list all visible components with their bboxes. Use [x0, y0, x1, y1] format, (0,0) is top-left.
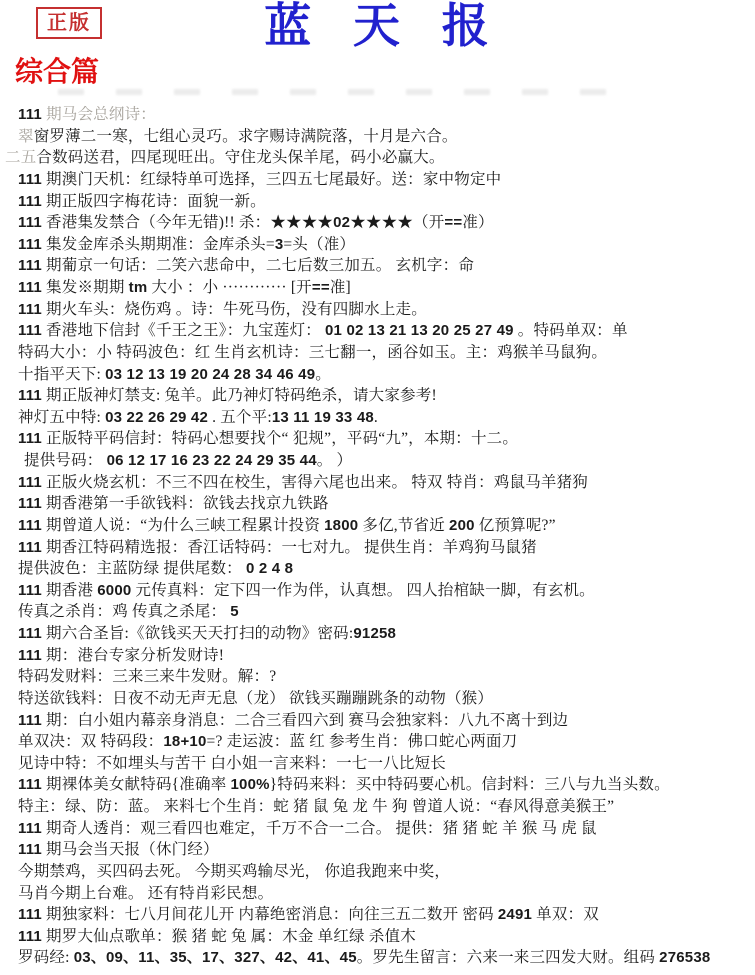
report-line: 111 期奇人透肖：观三看四也难定，千万不合一二合。 提供：猪 猪 蛇 羊 猴 … — [18, 818, 753, 840]
report-line: 马肖今期上台难。 还有特肖彩民想。 — [18, 883, 753, 905]
report-line: 111 香港集发禁合（今年无错)!! 杀：★★★★02★★★★（开==准） — [18, 212, 753, 234]
erased-text-artifact — [58, 89, 618, 95]
report-line: 111 期裸体美女献特码{准确率 100%}特码来料：买中特码要心机。信封料：三… — [18, 774, 753, 796]
report-line: 十指平天下: 03 12 13 19 20 24 28 34 46 49。 — [18, 364, 753, 386]
report-line: 111 期：白小姐内幕亲身消息：二合三看四六到 赛马会独家料：八九不离十到边 — [18, 710, 753, 732]
report-page: 正版 蓝 天 报 综合篇 111 期马会总纲诗：翠窗罗薄二一寒，七组心灵巧。求字… — [0, 0, 755, 975]
report-title: 蓝 天 报 — [0, 0, 755, 58]
report-line: 111 期：港台专家分析发财诗! — [18, 645, 753, 667]
report-line: 二五合数码送君，四尾现旺出。守住龙头保羊尾，码小必赢大。 — [5, 147, 753, 169]
report-line: 111 期正版神灯禁支: 兔羊。此乃神灯特码绝杀，请大家参考! — [18, 385, 753, 407]
report-line: 特主：绿、防：蓝。 来料七个生肖：蛇 猪 鼠 兔 龙 牛 狗 曾道人说：“春风得… — [18, 796, 753, 818]
report-line: 111 集发金库杀头期期准：金库杀头=3=头（准） — [18, 234, 753, 256]
report-line: 111 集发※期期 tm 大小 ：小 ············ [开==准] — [18, 277, 753, 299]
report-line: 111 期葡京一句话：二笑六悲命中，二七后数三加五。 玄机字：命 — [18, 255, 753, 277]
report-line: 特送欲钱料：日夜不动无声无息（龙） 欲钱买蹦蹦跳条的动物（猴） — [18, 688, 753, 710]
report-line: 111 期香港第一手欲钱料：欲钱去找京九铁路 — [18, 493, 753, 515]
report-body: 111 期马会总纲诗：翠窗罗薄二一寒，七组心灵巧。求字赐诗满院落，十月是六合。二… — [18, 104, 753, 969]
report-line: 111 期曾道人说：“为什么三峡工程累计投资 1800 多亿,节省近 200 亿… — [18, 515, 753, 537]
report-line: 111 期香江特码精选报：香江话特码：一七对九。 提供生肖：羊鸡狗马鼠猪 — [18, 537, 753, 559]
report-line: 单双决：双 特码段：18+10=? 走运波：蓝 红 参考生肖：佛口蛇心两面刀 — [18, 731, 753, 753]
report-line: 特码大小：小 特码波色：红 生肖玄机诗：三七翻一，函谷如玉。主：鸡猴羊马鼠狗。 — [18, 342, 753, 364]
report-line: 提供波色：主蓝防绿 提供尾数： 0 2 4 8 — [18, 558, 753, 580]
report-line: 特码发财料：三来三来牛发财。解：? — [18, 666, 753, 688]
report-line: 111 期独家料：七八月间花儿开 内幕绝密消息：向往三五二数开 密码 2491 … — [18, 904, 753, 926]
report-line: 111 期六合圣旨:《欲钱买天天打扫的动物》密码:91258 — [18, 623, 753, 645]
report-line: 罗码经: 03、09、11、35、17、327、42、41、45。罗先生留言：六… — [18, 947, 753, 969]
report-line: 111 香港地下信封《千王之王》：九宝莲灯： 01 02 13 21 13 20… — [18, 320, 753, 342]
report-line: 111 期罗大仙点歌单：猴 猪 蛇 兔 属：木金 单红绿 杀值木 — [18, 926, 753, 948]
report-line: 111 期马会当天报（休门经） — [18, 839, 753, 861]
report-line: 111 正版火烧玄机：不三不四在校生，害得六尾也出来。 特双 特肖：鸡鼠马羊猪狗 — [18, 472, 753, 494]
report-line: 神灯五中特: 03 22 26 29 42 . 五个平:13 11 19 33 … — [18, 407, 753, 429]
report-line: 111 期香港 6000 元传真料：定下四一作为伴，认真想。 四人抬棺缺一脚，有… — [18, 580, 753, 602]
report-line: 111 期马会总纲诗： — [18, 104, 753, 126]
report-line: 今期禁鸡，买四码去死。 今期买鸡输尽光， 你追我跑来中奖， — [18, 861, 753, 883]
report-line: 111 期澳门天机：红绿特单可选择，三四五七尾最好。送：家中物定中 — [18, 169, 753, 191]
report-line: 111 正版特平码信封：特码心想要找个“ 犯规”，平码“九”，本期：十二。 — [18, 428, 753, 450]
section-heading: 综合篇 — [15, 56, 99, 90]
report-line: 传真之杀肖：鸡 传真之杀尾： 5 — [18, 601, 753, 623]
report-line: 见诗中特：不如埋头与苦干 白小姐一言来料：一七一八比短长 — [18, 753, 753, 775]
report-line: 翠窗罗薄二一寒，七组心灵巧。求字赐诗满院落，十月是六合。 — [18, 126, 753, 148]
report-line: 111 期火车头：烧伤鸡 。诗：牛死马伤，没有四脚水上走。 — [18, 299, 753, 321]
report-line: 提供号码： 06 12 17 16 23 22 24 29 35 44。 ） — [24, 450, 753, 472]
report-line: 111 期正版四字梅花诗：面貌一新。 — [18, 191, 753, 213]
